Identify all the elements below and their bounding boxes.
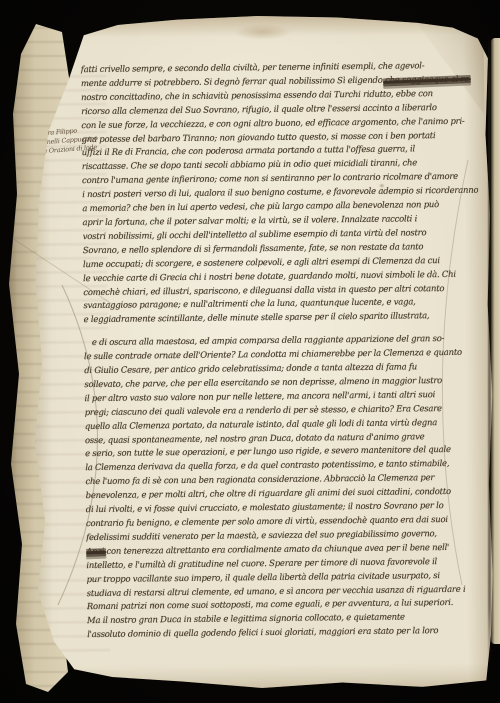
paper-stain (234, 24, 292, 40)
page-fold-shadow (488, 30, 491, 670)
scan-background: { "document": { "kind": "handwritten man… (0, 0, 500, 703)
next-page-edge (491, 38, 500, 644)
strikethrough-scribble: che soggiacque al re (385, 75, 469, 86)
strikethrough-scribble: Anzi (86, 547, 104, 557)
manuscript-page: Il P. Fra Filippo Bertinelli Cappuccino … (26, 14, 497, 693)
text-block: fatti crivello sempre, e secondo della c… (81, 60, 484, 644)
